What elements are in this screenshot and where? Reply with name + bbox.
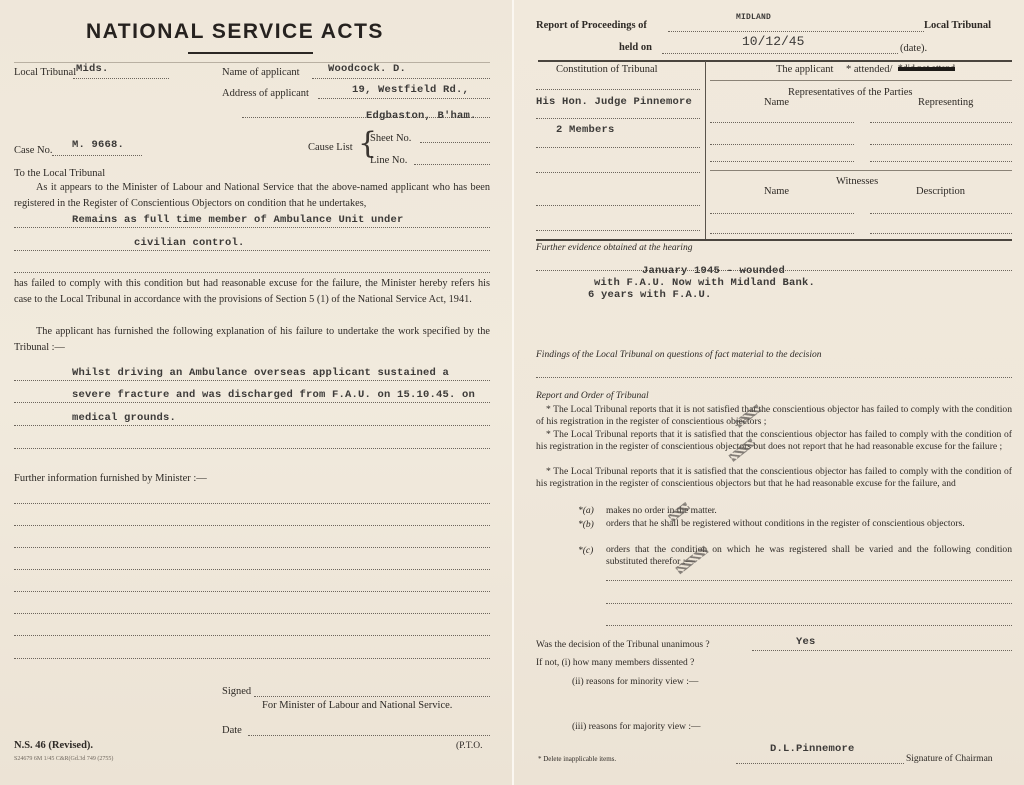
report-label: Report of Proceedings of xyxy=(536,20,647,31)
majority-label: (iii) reasons for majority view :— xyxy=(572,722,700,732)
evidence-text-2: with F.A.U. Now with Midland Bank. xyxy=(594,277,815,289)
findings-line-1 xyxy=(536,377,1012,378)
for-minister-label: For Minister of Labour and National Serv… xyxy=(262,700,452,711)
held-on-label: held on xyxy=(619,42,652,53)
wit-name-header: Name xyxy=(764,186,789,197)
intro-paragraph: As it appears to the Minister of Labour … xyxy=(14,180,490,212)
condition-line-3 xyxy=(606,625,1012,626)
table-top-rule xyxy=(538,60,1012,62)
rep-rep-line-1 xyxy=(870,122,1012,123)
witnesses-label: Witnesses xyxy=(836,176,878,187)
print-code: S24679 6M 1/45 C&R(Gd.3d 749 (2755) xyxy=(14,756,113,762)
applicant-name-label: Name of applicant xyxy=(222,67,300,78)
line-no-line xyxy=(414,164,490,165)
explanation-line-1 xyxy=(14,380,490,381)
evidence-text-3: 6 years with F.A.U. xyxy=(588,289,712,301)
applicant-attended-label: The applicant xyxy=(776,64,833,75)
wit-desc-line-1 xyxy=(870,213,1012,214)
witnesses-rule xyxy=(710,170,1012,171)
dissent-label: If not, (i) how many members dissented ? xyxy=(536,658,694,668)
local-tribunal-label: Local Tribunal xyxy=(14,67,76,78)
address-value-1: 19, Westfield Rd., xyxy=(352,84,469,96)
report-order-label: Report and Order of Tribunal xyxy=(536,391,649,401)
sheet-no-line xyxy=(420,142,490,143)
findings-label: Findings of the Local Tribunal on questi… xyxy=(536,350,822,360)
form-back-page: Report of Proceedings of MIDLAND Local T… xyxy=(514,0,1024,785)
clause-reasonable-excuse: * The Local Tribunal reports that it is … xyxy=(536,466,1012,489)
local-tribunal-heading: Local Tribunal xyxy=(924,20,991,31)
condition-line-1 xyxy=(606,580,1012,581)
condition-line-3 xyxy=(14,272,490,273)
further-evidence-label: Further evidence obtained at the hearing xyxy=(536,243,692,253)
table-divider xyxy=(705,61,706,239)
info-line-1 xyxy=(14,503,490,504)
held-on-line xyxy=(662,53,898,54)
sheet-no-label: Sheet No. xyxy=(370,133,411,144)
info-line-8 xyxy=(14,658,490,659)
info-line-6 xyxy=(14,613,490,614)
option-c-marker: *(c) xyxy=(578,546,593,556)
title-underline xyxy=(188,52,313,54)
constitution-line-1 xyxy=(536,89,700,90)
tribunal-name-line xyxy=(668,31,924,32)
option-b-text: orders that he shall be registered witho… xyxy=(606,518,1012,530)
wit-name-line-2 xyxy=(710,233,854,234)
form-title: NATIONAL SERVICE ACTS xyxy=(86,20,384,44)
option-c-text: orders that the condition on which he wa… xyxy=(606,544,1012,567)
explanation-text-1: Whilst driving an Ambulance overseas app… xyxy=(72,367,449,379)
unanimous-value: Yes xyxy=(796,636,816,648)
attended-option: * attended/ xyxy=(846,64,892,75)
condition-text-2: civilian control. xyxy=(134,237,245,249)
address-label: Address of applicant xyxy=(222,88,309,99)
case-no-value: M. 9668. xyxy=(72,139,124,151)
explanation-text-2: severe fracture and was discharged from … xyxy=(72,389,475,401)
rep-name-line-2 xyxy=(710,144,854,145)
signed-line xyxy=(254,696,490,697)
condition-line-2 xyxy=(14,250,490,251)
option-b-marker: *(b) xyxy=(578,520,594,530)
applicant-name-value: Woodcock. D. xyxy=(328,63,406,75)
option-a-text: makes no order in the matter. xyxy=(606,506,717,516)
date-suffix: (date). xyxy=(900,43,927,54)
wit-desc-line-2 xyxy=(870,233,1012,234)
explanation-text-3: medical grounds. xyxy=(72,412,176,424)
representatives-label: Representatives of the Parties xyxy=(788,87,913,98)
explanation-line-3 xyxy=(14,425,490,426)
info-line-7 xyxy=(14,635,490,636)
rep-name-line-1 xyxy=(710,122,854,123)
condition-line-2 xyxy=(606,603,1012,604)
local-tribunal-line xyxy=(73,78,169,79)
constitution-line-4 xyxy=(536,172,700,173)
line-no-label: Line No. xyxy=(370,155,407,166)
pto-label: (P.T.O. xyxy=(456,741,482,751)
form-front-page: NATIONAL SERVICE ACTS Local Tribunal Mid… xyxy=(0,0,512,785)
constitution-line-5 xyxy=(536,205,700,206)
clause-no-excuse: * The Local Tribunal reports that it is … xyxy=(536,429,1012,452)
explanation-line-2 xyxy=(14,402,490,403)
form-number: N.S. 46 (Revised). xyxy=(14,740,93,751)
held-on-date: 10/12/45 xyxy=(742,34,804,49)
condition-text-1: Remains as full time member of Ambulance… xyxy=(72,214,404,226)
date-label: Date xyxy=(222,725,242,736)
wit-name-line-1 xyxy=(710,213,854,214)
applicant-name-line xyxy=(312,78,490,79)
explanation-line-4 xyxy=(14,448,490,449)
tribunal-name-value: MIDLAND xyxy=(736,13,771,22)
referral-paragraph: has failed to comply with this condition… xyxy=(14,276,490,308)
table-bottom-rule xyxy=(536,239,1012,241)
chairman-signature: D.L.Pinnemore xyxy=(770,743,855,755)
constitution-label: Constitution of Tribunal xyxy=(556,64,658,75)
signed-label: Signed xyxy=(222,686,251,697)
condition-line-1 xyxy=(14,227,490,228)
info-line-5 xyxy=(14,591,490,592)
rep-rep-line-2 xyxy=(870,144,1012,145)
unanimous-line xyxy=(752,650,1012,651)
clause-not-satisfied: * The Local Tribunal reports that it is … xyxy=(536,404,1012,427)
chairman-label: Signature of Chairman xyxy=(906,754,993,764)
info-line-2 xyxy=(14,525,490,526)
cause-list-label: Cause List xyxy=(308,142,353,153)
constitution-line-6 xyxy=(536,230,700,231)
further-info-label: Further information furnished by Ministe… xyxy=(14,473,207,484)
delete-note: * Delete inapplicable items. xyxy=(538,755,616,763)
minority-label: (ii) reasons for minority view :— xyxy=(572,677,698,687)
rep-name-line-3 xyxy=(710,161,854,162)
constitution-line-2 xyxy=(536,118,700,119)
info-line-3 xyxy=(14,547,490,548)
rep-rep-line-3 xyxy=(870,161,1012,162)
constitution-member-2: 2 Members xyxy=(556,124,615,136)
constitution-member-1: His Hon. Judge Pinnemore xyxy=(536,96,692,108)
local-tribunal-value: Mids. xyxy=(76,63,109,75)
chairman-line xyxy=(736,763,904,764)
constitution-line-3 xyxy=(536,147,700,148)
case-no-label: Case No. xyxy=(14,145,53,156)
info-line-4 xyxy=(14,569,490,570)
wit-description-header: Description xyxy=(916,186,965,197)
rep-representing-header: Representing xyxy=(918,97,973,108)
explanation-paragraph: The applicant has furnished the followin… xyxy=(14,324,490,356)
option-a-marker: *(a) xyxy=(578,506,594,516)
unanimous-label: Was the decision of the Tribunal unanimo… xyxy=(536,640,710,650)
attended-rule xyxy=(710,80,1012,81)
evidence-text-1: January 1945 - wounded xyxy=(642,265,785,277)
did-not-attend-struck: *did not attend xyxy=(898,64,955,74)
address-line-1 xyxy=(318,98,490,99)
case-no-line xyxy=(52,155,142,156)
rep-name-header: Name xyxy=(764,97,789,108)
date-line xyxy=(248,735,490,736)
to-local-tribunal: To the Local Tribunal xyxy=(14,168,105,179)
address-value-2: Edgbaston, B'ham. xyxy=(366,110,477,122)
